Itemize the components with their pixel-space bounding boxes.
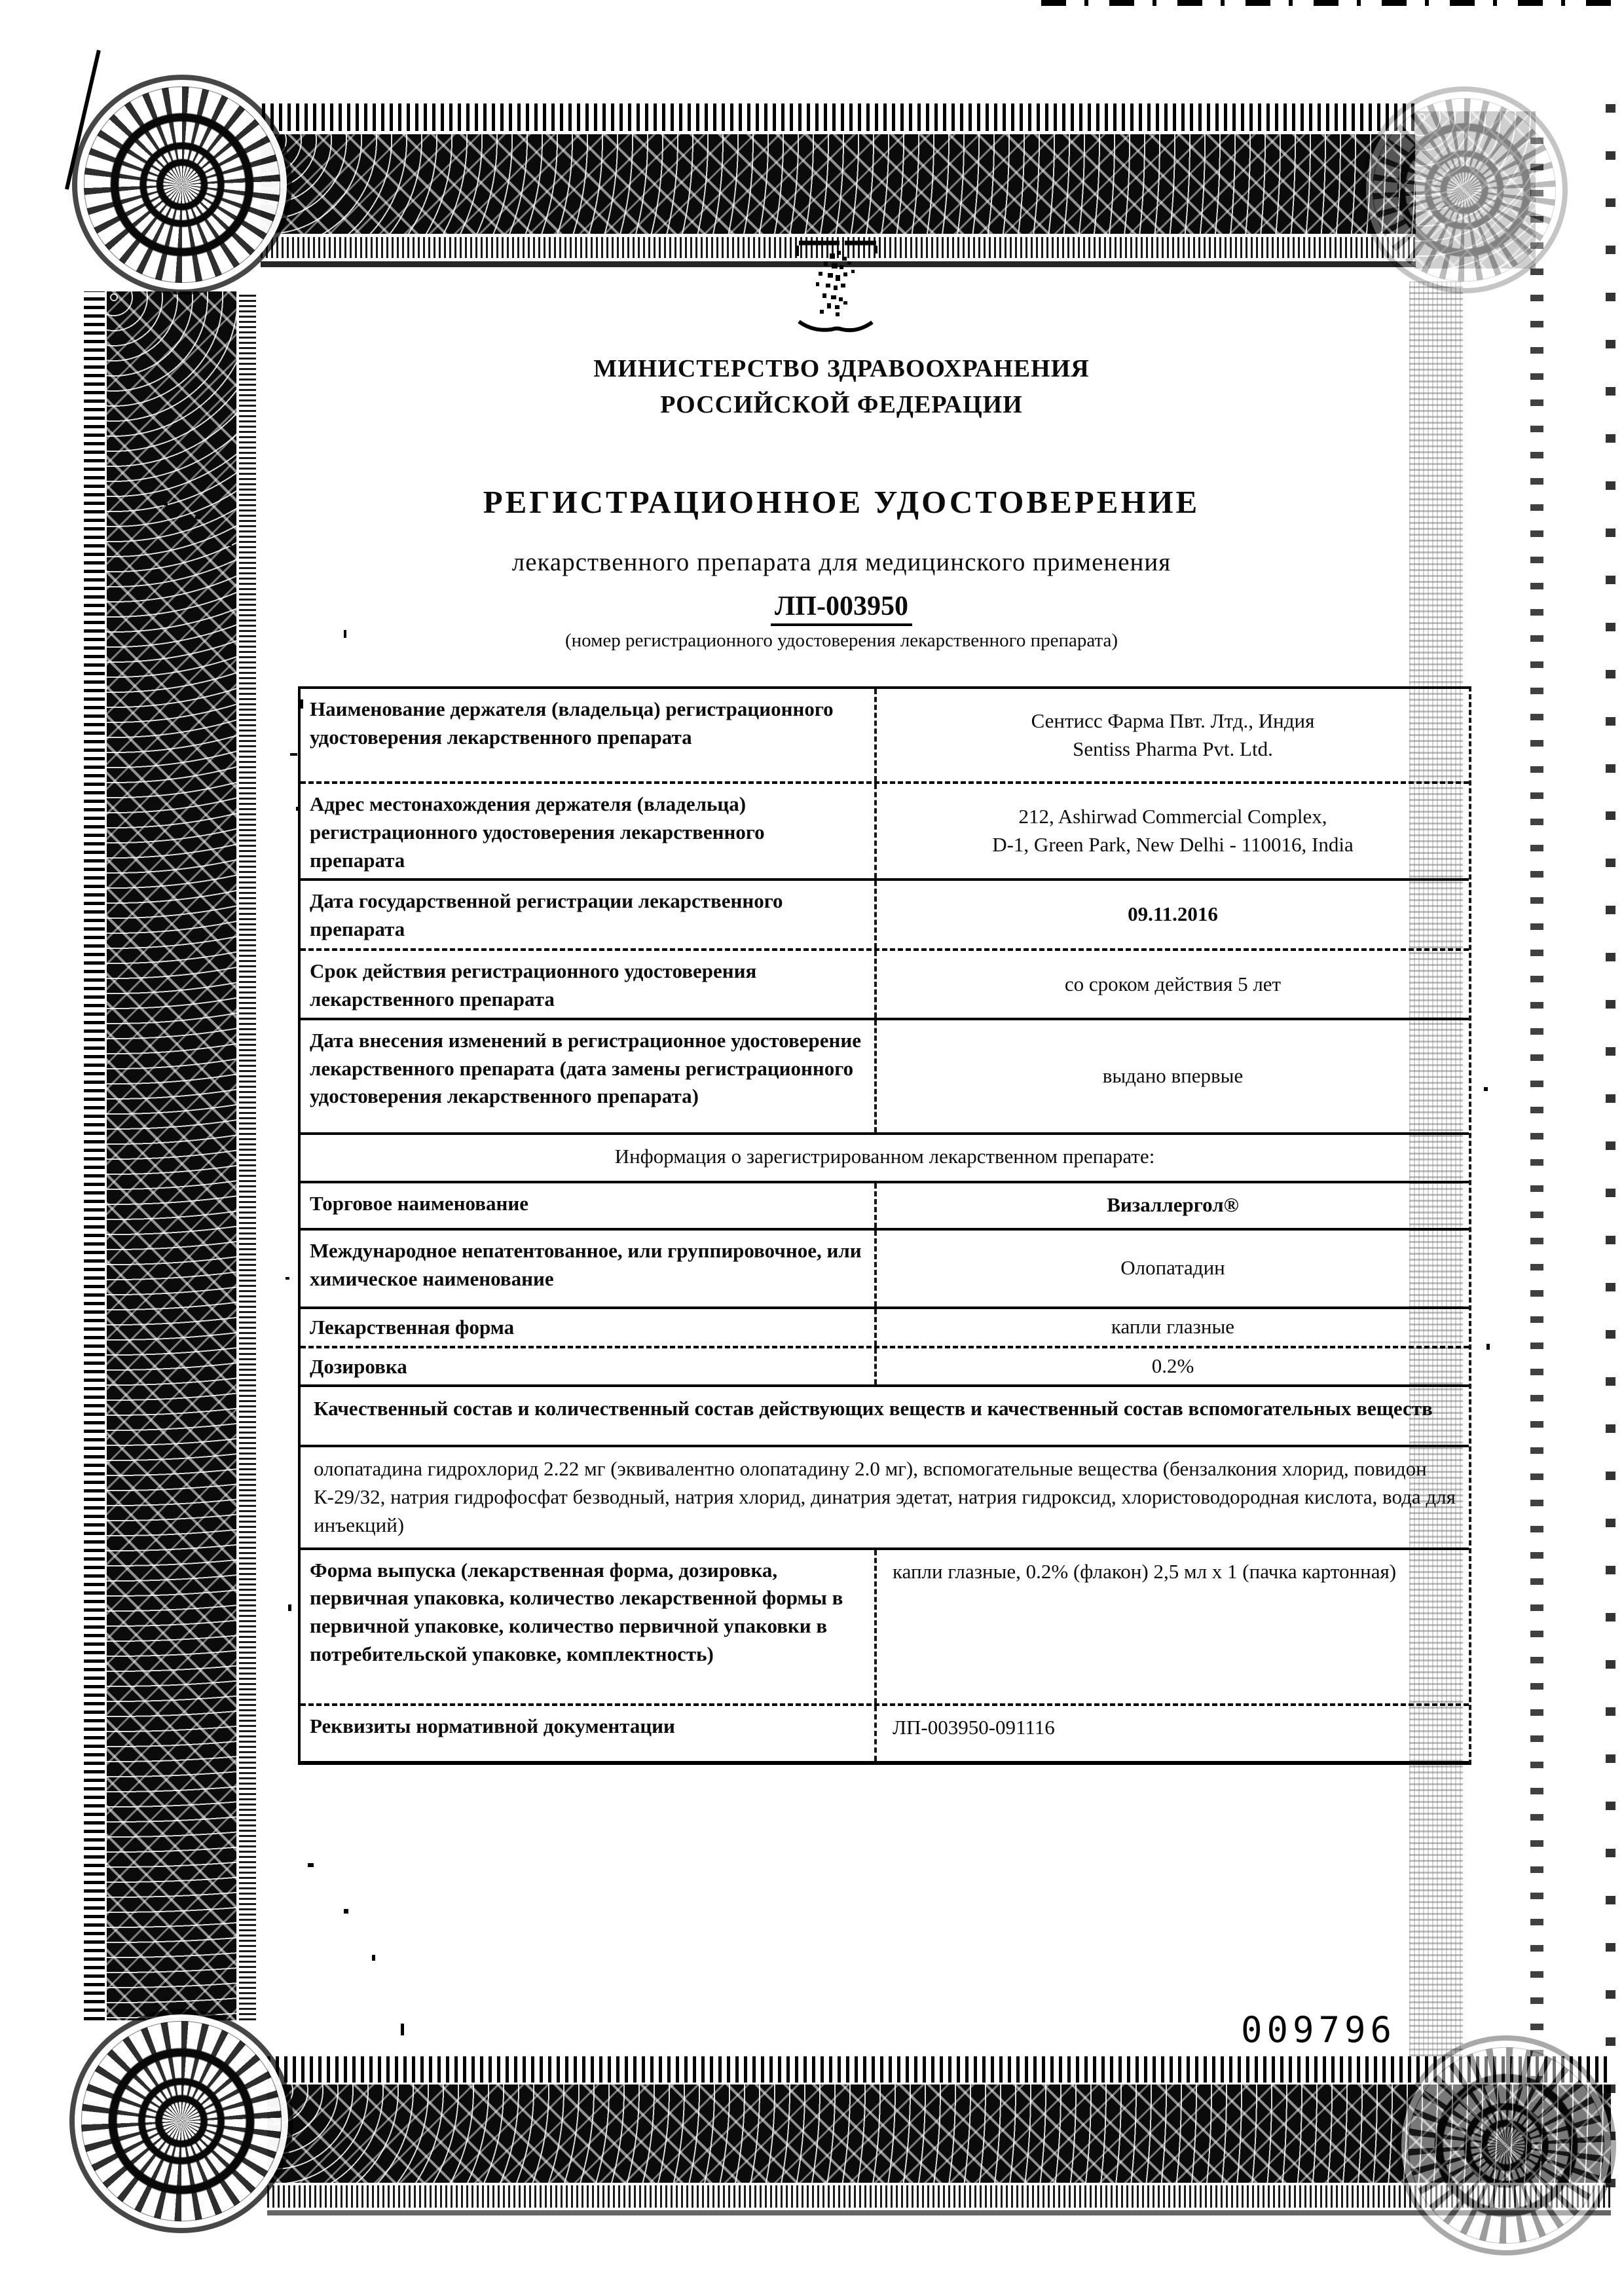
border-right-edge-ticks bbox=[1606, 92, 1615, 2187]
row-value: 09.11.2016 bbox=[874, 881, 1469, 948]
row-label: Торговое наименование bbox=[301, 1183, 874, 1228]
form-serial-number: 009796 bbox=[1241, 2009, 1396, 2050]
row-validity-period: Срок действия регистрационного удостовер… bbox=[301, 948, 1469, 1018]
row-value: выдано впервые bbox=[874, 1020, 1469, 1132]
scan-speck bbox=[164, 503, 168, 506]
info-header-text: Информация о зарегистрированном лекарств… bbox=[301, 1135, 1469, 1181]
row-release-form: Форма выпуска (лекарственная форма, дози… bbox=[301, 1547, 1469, 1703]
row-composition: олопатадина гидрохлорид 2.22 мг (эквивал… bbox=[301, 1445, 1469, 1547]
row-value: 0.2% bbox=[874, 1348, 1469, 1385]
scan-speck bbox=[1486, 1344, 1490, 1350]
registration-table: Наименование держателя (владельца) регис… bbox=[298, 686, 1471, 1765]
row-trade-name: Торговое наименование Визаллергол® bbox=[301, 1181, 1469, 1228]
document-title: РЕГИСТРАЦИОННОЕ УДОСТОВЕРЕНИЕ bbox=[255, 483, 1428, 521]
row-label: Срок действия регистрационного удостовер… bbox=[301, 951, 874, 1018]
row-composition-header: Качественный состав и количественный сос… bbox=[301, 1384, 1469, 1445]
scan-speck bbox=[344, 1909, 348, 1914]
row-value: Сентисс Фарма Пвт. Лтд., Индия Sentiss P… bbox=[874, 689, 1469, 781]
registration-number-caption: (номер регистрационного удостоверения ле… bbox=[255, 630, 1428, 652]
border-right-ticks bbox=[1530, 131, 1543, 2161]
row-value: капли глазные, 0.2% (флакон) 2,5 мл х 1 … bbox=[874, 1550, 1469, 1703]
composition-text: олопатадина гидрохлорид 2.22 мг (эквивал… bbox=[301, 1447, 1469, 1547]
ministry-name-line2: РОССИЙСКОЙ ФЕДЕРАЦИИ bbox=[255, 387, 1428, 423]
scan-speck bbox=[372, 1955, 375, 1961]
scan-edge-dashes bbox=[1041, 0, 1624, 6]
scan-speck bbox=[308, 1863, 314, 1867]
row-normative-docs: Реквизиты нормативной документации ЛП-00… bbox=[301, 1703, 1469, 1761]
scan-speck bbox=[195, 516, 200, 519]
row-registration-date: Дата государственной регистрации лекарст… bbox=[301, 878, 1469, 948]
border-bottom-inner-fringe bbox=[267, 2185, 1611, 2208]
scan-speck bbox=[1484, 1087, 1488, 1091]
corner-medallion-top-right bbox=[1373, 98, 1556, 282]
scan-speck bbox=[286, 1277, 289, 1280]
row-dosage-form: Лекарственная форма капли глазные bbox=[301, 1306, 1469, 1346]
row-inn-name: Международное непатентованное, или групп… bbox=[301, 1228, 1469, 1306]
row-label: Адрес местонахождения держателя (владель… bbox=[301, 784, 874, 878]
row-value: Олопатадин bbox=[874, 1231, 1469, 1306]
row-label: Форма выпуска (лекарственная форма, дози… bbox=[301, 1550, 874, 1703]
row-label: Лекарственная форма bbox=[301, 1309, 874, 1346]
row-label: Дата внесения изменений в регистрационно… bbox=[301, 1020, 874, 1132]
ministry-name: МИНИСТЕРСТВО ЗДРАВООХРАНЕНИЯ РОССИЙСКОЙ … bbox=[255, 351, 1428, 423]
corner-medallion-top-left bbox=[84, 86, 280, 283]
border-bottom-fringe bbox=[267, 2056, 1611, 2083]
corner-medallion-bottom-left bbox=[81, 2021, 282, 2221]
border-left-fringe bbox=[84, 291, 105, 2020]
scan-speck bbox=[229, 543, 232, 546]
row-holder-name: Наименование держателя (владельца) регис… bbox=[301, 689, 1469, 781]
document-subtitle: лекарственного препарата для медицинског… bbox=[255, 547, 1428, 577]
border-top-fringe bbox=[262, 103, 1416, 131]
row-value: Визаллергол® bbox=[874, 1183, 1469, 1228]
row-value: 212, Ashirwad Commercial Complex, D-1, G… bbox=[874, 784, 1469, 878]
scan-speck bbox=[401, 2024, 404, 2035]
row-label: Международное непатентованное, или групп… bbox=[301, 1231, 874, 1306]
ministry-emblem bbox=[794, 239, 880, 339]
row-label: Реквизиты нормативной документации bbox=[301, 1706, 874, 1761]
row-amendment-date: Дата внесения изменений в регистрационно… bbox=[301, 1018, 1469, 1132]
composition-header-text: Качественный состав и количественный сос… bbox=[301, 1387, 1469, 1445]
row-value: ЛП-003950-091116 bbox=[874, 1706, 1469, 1761]
border-left-band bbox=[107, 291, 236, 2020]
registration-number: ЛП-003950 bbox=[255, 591, 1428, 626]
corner-medallion-bottom-right bbox=[1408, 2047, 1604, 2244]
scan-speck bbox=[290, 753, 297, 756]
row-label: Наименование держателя (владельца) регис… bbox=[301, 689, 874, 781]
row-label: Дозировка bbox=[301, 1348, 874, 1385]
row-label: Дата государственной регистрации лекарст… bbox=[301, 881, 874, 948]
row-info-header: Информация о зарегистрированном лекарств… bbox=[301, 1132, 1469, 1181]
row-holder-address: Адрес местонахождения держателя (владель… bbox=[301, 781, 1469, 878]
ministry-name-line1: МИНИСТЕРСТВО ЗДРАВООХРАНЕНИЯ bbox=[255, 351, 1428, 387]
border-left-inner-fringe bbox=[239, 291, 256, 2020]
border-top-band bbox=[261, 134, 1416, 234]
border-bottom-rule bbox=[267, 2210, 1611, 2215]
row-dosage: Дозировка 0.2% bbox=[301, 1346, 1469, 1385]
row-value: капли глазные bbox=[874, 1309, 1469, 1346]
scan-speck bbox=[288, 1604, 291, 1611]
row-value: со сроком действия 5 лет bbox=[874, 951, 1469, 1018]
